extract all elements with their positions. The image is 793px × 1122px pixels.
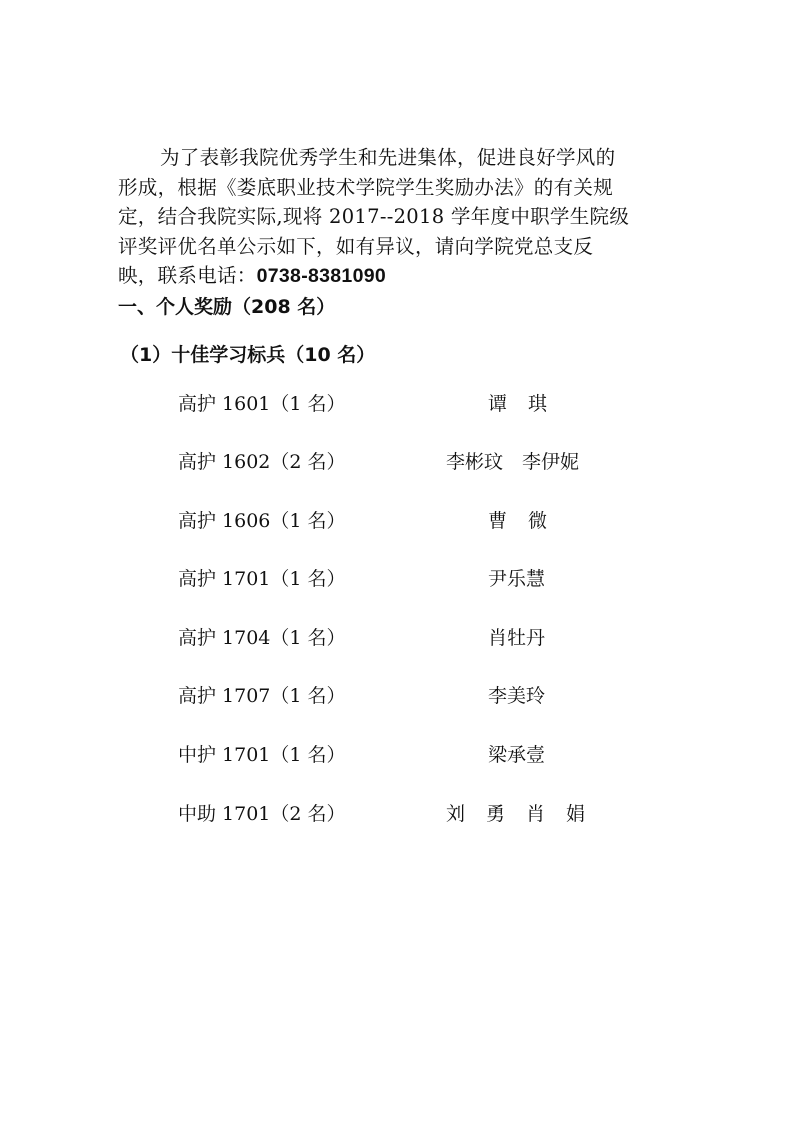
student-names: 肖牡丹 [488, 623, 545, 650]
class-label: 高护 1704（1 名） [178, 623, 346, 650]
student-name: 肖牡丹 [488, 623, 545, 650]
award-row: 中助 1701（2 名） 刘勇肖娟 [178, 799, 618, 825]
contact-label: 映，联系电话： [118, 264, 257, 287]
student-names: 刘勇肖娟 [446, 799, 585, 826]
intro-line: 评奖评优名单公示如下，如有异议，请向学院党总支反 [118, 232, 663, 262]
student-names: 李彬玟李伊妮 [446, 447, 579, 474]
student-names: 尹乐慧 [488, 564, 545, 591]
student-name: 曹 [488, 506, 507, 533]
intro-line: 为了表彰我院优秀学生和先进集体，促进良好学风的 [118, 143, 663, 173]
award-row: 高护 1707（1 名） 李美玲 [178, 681, 618, 707]
contact-phone: 0738-8381090 [257, 265, 386, 287]
section-heading: 一、个人奖励（208 名） [118, 292, 335, 319]
student-name: 肖 [526, 799, 545, 826]
student-name: 李伊妮 [522, 447, 579, 474]
subsection-heading: （1）十佳学习标兵（10 名） [120, 340, 375, 367]
student-name: 李美玲 [488, 681, 545, 708]
intro-line: 定，结合我院实际,现将 2017--2018 学年度中职学生院级 [118, 202, 663, 232]
class-label: 高护 1602（2 名） [178, 447, 346, 474]
award-row: 高护 1704（1 名） 肖牡丹 [178, 623, 618, 649]
student-name: 娟 [566, 799, 585, 826]
student-names: 梁承壹 [488, 740, 545, 767]
class-label: 中助 1701（2 名） [178, 799, 346, 826]
student-name: 梁承壹 [488, 740, 545, 767]
class-label: 高护 1707（1 名） [178, 681, 346, 708]
student-name: 勇 [486, 799, 505, 826]
intro-line-last: 映，联系电话：0738-8381090 [118, 261, 663, 291]
award-row: 高护 1701（1 名） 尹乐慧 [178, 564, 618, 590]
student-name: 尹乐慧 [488, 564, 545, 591]
student-names: 李美玲 [488, 681, 545, 708]
student-names: 谭琪 [488, 389, 547, 416]
student-name: 谭 [488, 389, 507, 416]
class-label: 高护 1606（1 名） [178, 506, 346, 533]
class-label: 中护 1701（1 名） [178, 740, 346, 767]
class-label: 高护 1701（1 名） [178, 564, 346, 591]
intro-paragraph: 为了表彰我院优秀学生和先进集体，促进良好学风的 形成，根据《娄底职业技术学院学生… [118, 143, 663, 291]
student-names: 曹微 [488, 506, 547, 533]
award-row: 中护 1701（1 名） 梁承壹 [178, 740, 618, 766]
award-row: 高护 1602（2 名） 李彬玟李伊妮 [178, 447, 618, 473]
student-name: 李彬玟 [446, 447, 503, 474]
student-name: 微 [528, 506, 547, 533]
award-row: 高护 1601（1 名） 谭琪 [178, 389, 618, 415]
class-label: 高护 1601（1 名） [178, 389, 346, 416]
student-name: 刘 [446, 799, 465, 826]
document-page: 为了表彰我院优秀学生和先进集体，促进良好学风的 形成，根据《娄底职业技术学院学生… [0, 0, 793, 1122]
intro-line: 形成，根据《娄底职业技术学院学生奖励办法》的有关规 [118, 173, 663, 203]
award-row: 高护 1606（1 名） 曹微 [178, 506, 618, 532]
student-name: 琪 [528, 389, 547, 416]
